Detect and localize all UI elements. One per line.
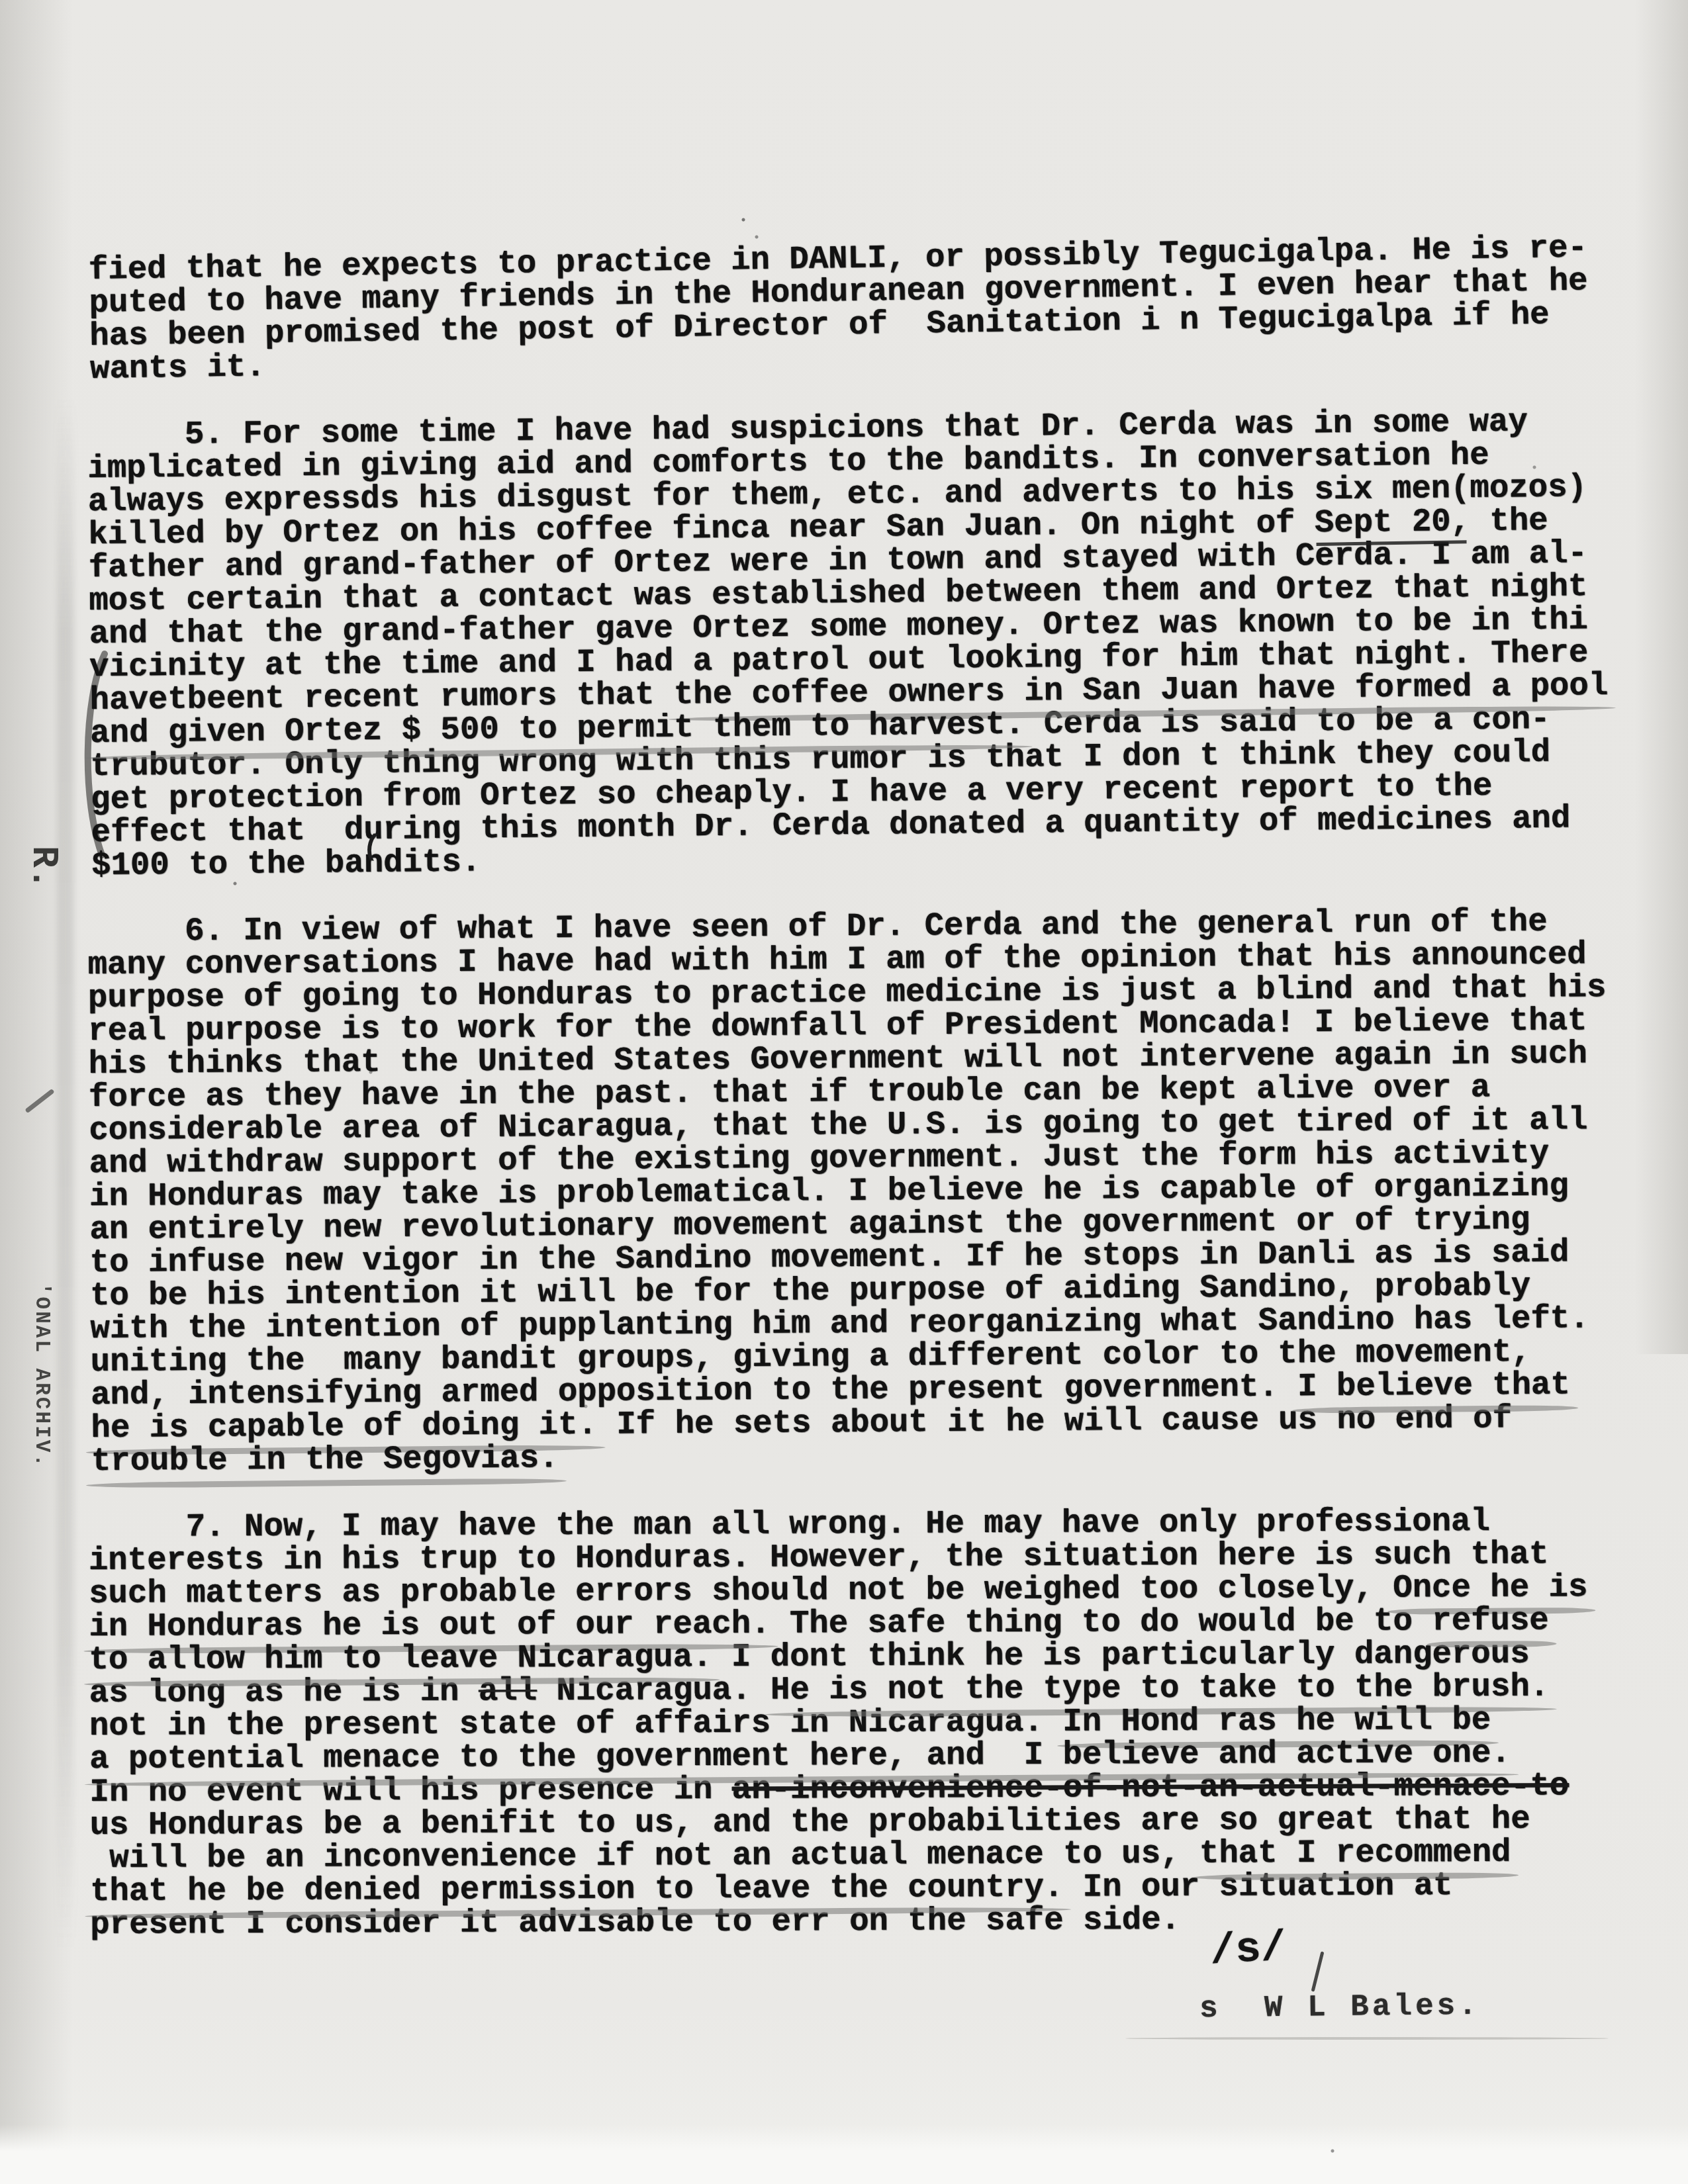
text-segment-p: that I recommend <box>1199 1834 1511 1872</box>
paragraph: 5. For some time I have had suspicions t… <box>87 404 1641 882</box>
signature-name: s W L Bales. <box>1199 1989 1480 2025</box>
paragraph: 6. In view of what I have seen of Dr. Ce… <box>87 905 1640 1478</box>
paragraph: fied that he expects to practice in DANL… <box>89 230 1640 386</box>
text-segment-p: refuse <box>1432 1602 1549 1639</box>
text-segment-u: Sept 20, <box>1314 503 1470 541</box>
signature-pencil-line <box>1125 2037 1609 2040</box>
text-segment-p: to allow him to leave Nicaragua. <box>89 1639 712 1678</box>
text-segment-p: a potential menace to the government her… <box>89 1735 1511 1778</box>
paragraph: 7. Now, I may have the man all wrong. He… <box>89 1504 1640 1941</box>
scan-streak <box>57 397 74 1952</box>
pencil-diagonal-mark <box>24 1089 54 1114</box>
document-body: fied that he expects to practice in DANL… <box>89 253 1638 1974</box>
margin-stamp-national-archives: 'ONAL ARCHIV. <box>28 1283 54 1469</box>
text-segment: $100 to the bandits. <box>91 843 481 884</box>
scan-edge-shadow-left <box>0 0 73 2184</box>
margin-stamp-r: R. <box>23 846 64 889</box>
signature-s-mark: /s/ <box>1209 1925 1288 1976</box>
scanned-document-page: R. 'ONAL ARCHIV. fied that he expects to… <box>0 0 1688 2184</box>
text-segment: wants it. <box>90 348 265 388</box>
text-segment-p: trouble in the Segovias. <box>91 1439 559 1480</box>
scan-edge-bottom <box>0 2124 1688 2184</box>
document-line: a potential menace to the government her… <box>89 1736 1638 1776</box>
text-segment: the <box>1470 502 1548 540</box>
text-segment-p: Once he is <box>1393 1569 1587 1606</box>
text-segment-p: I believe that <box>1297 1366 1570 1405</box>
scan-edge-shadow-right <box>1635 0 1688 1354</box>
text-segment-p: that he be denied permission to leave th… <box>90 1869 1063 1910</box>
